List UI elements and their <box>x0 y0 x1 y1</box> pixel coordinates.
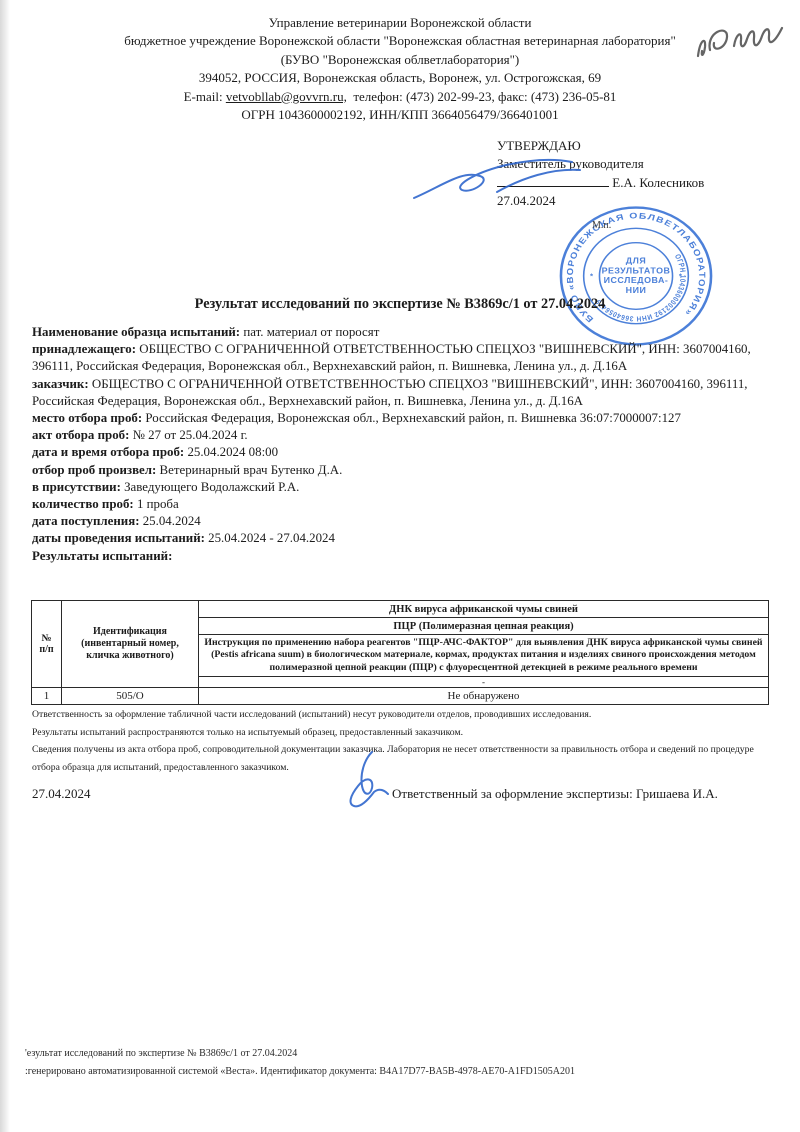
handwritten-initials <box>692 6 792 64</box>
field-owner: принадлежащего: ОБЩЕСТВО С ОГРАНИЧЕННОЙ … <box>32 341 768 375</box>
stamp-center-line1: ДЛЯ <box>626 256 646 266</box>
field-sampling-place: место отбора проб: Российская Федерация,… <box>32 410 768 427</box>
page-footer: 'езультат исследований по экспертизе № В… <box>25 1045 765 1080</box>
page-title: Результат исследований по экспертизе № В… <box>0 296 800 313</box>
col-header-number: № п/п <box>32 601 62 688</box>
stamp-center-line3: ИССЛЕДОВА- <box>604 276 669 286</box>
responsible-person: Ответственный за оформление экспертизы: … <box>392 786 718 802</box>
test-method-instruction: Инструкция по применению набора реагенто… <box>199 635 769 677</box>
stamp-star-left: * <box>590 272 593 281</box>
phone-fax: телефон: (473) 202-99-23, факс: (473) 23… <box>353 89 616 104</box>
disclaimer-notes: Ответственность за оформление табличной … <box>32 706 772 776</box>
email-label: E-mail: <box>184 89 223 104</box>
note-scope: Результаты испытаний распространяются то… <box>32 724 772 742</box>
email-link[interactable]: vetvobllab@govvrn.ru, <box>226 89 347 104</box>
test-method-header: ПЦР (Полимеразная цепная реакция) <box>199 618 769 635</box>
empty-subrow: - <box>199 677 769 688</box>
letterhead: Управление ветеринарии Воронежской облас… <box>0 14 800 124</box>
approver-signature-ink <box>402 146 587 208</box>
stamp-star-right: * <box>679 272 682 281</box>
org-fullname: бюджетное учреждение Воронежской области… <box>0 32 800 50</box>
results-table: № п/п Идентификация (инвентарный номер, … <box>31 600 769 705</box>
test-group-header: ДНК вируса африканской чумы свиней <box>199 601 769 618</box>
results-heading: Результаты испытаний: <box>32 548 768 565</box>
org-ogrn-inn: ОГРН 1043600002192, ИНН/КПП 3664056479/3… <box>0 106 800 124</box>
stamp-place-mark: М.п. <box>592 220 611 231</box>
signoff-date: 27.04.2024 <box>32 786 91 802</box>
footer-expertise-ref: 'езультат исследований по экспертизе № В… <box>25 1045 765 1063</box>
table-header-row-1: № п/п Идентификация (инвентарный номер, … <box>32 601 769 618</box>
field-witness: в присутствии: Заведующего Водолажский Р… <box>32 479 768 496</box>
table-data-row: 1 505/О Не обнаружено <box>32 688 769 705</box>
field-sampling-act: акт отбора проб: № 27 от 25.04.2024 г. <box>32 427 768 444</box>
stamp-center-line4: НИИ <box>626 285 647 295</box>
document-page: Управление ветеринарии Воронежской облас… <box>0 0 800 1132</box>
sample-fields: Наименование образца испытаний: пат. мат… <box>32 324 768 565</box>
col-header-identification: Идентификация (инвентарный номер, кличка… <box>62 601 199 688</box>
field-sample-name: Наименование образца испытаний: пат. мат… <box>32 324 768 341</box>
field-sampled-by: отбор проб произвел: Ветеринарный врач Б… <box>32 462 768 479</box>
field-received-date: дата поступления: 25.04.2024 <box>32 513 768 530</box>
row-id-cell: 505/О <box>62 688 199 705</box>
field-sampling-datetime: дата и время отбора проб: 25.04.2024 08:… <box>32 444 768 461</box>
field-test-dates: даты проведения испытаний: 25.04.2024 - … <box>32 530 768 547</box>
field-customer: заказчик: ОБЩЕСТВО С ОГРАНИЧЕННОЙ ОТВЕТС… <box>32 376 768 410</box>
row-result-cell: Не обнаружено <box>199 688 769 705</box>
scan-edge-shadow <box>0 0 10 1132</box>
field-sample-count: количество проб: 1 проба <box>32 496 768 513</box>
org-address: 394052, РОССИЯ, Воронежская область, Вор… <box>0 69 800 87</box>
stamp-center-line2: РЕЗУЛЬТАТОВ <box>602 266 671 276</box>
org-parent: Управление ветеринарии Воронежской облас… <box>0 14 800 32</box>
note-sampling-info: Сведения получены из акта отбора проб, с… <box>32 741 772 776</box>
approver-name: Е.А. Колесников <box>612 175 704 190</box>
footer-generated-by: :генерировано автоматизированной системо… <box>25 1063 765 1081</box>
note-responsibility: Ответственность за оформление табличной … <box>32 706 772 724</box>
org-shortname: (БУВО "Воронежская облветлаборатория") <box>0 51 800 69</box>
row-number-cell: 1 <box>32 688 62 705</box>
responsible-signature-ink <box>336 746 396 810</box>
org-contacts: E-mail: vetvobllab@govvrn.ru, телефон: (… <box>0 88 800 106</box>
